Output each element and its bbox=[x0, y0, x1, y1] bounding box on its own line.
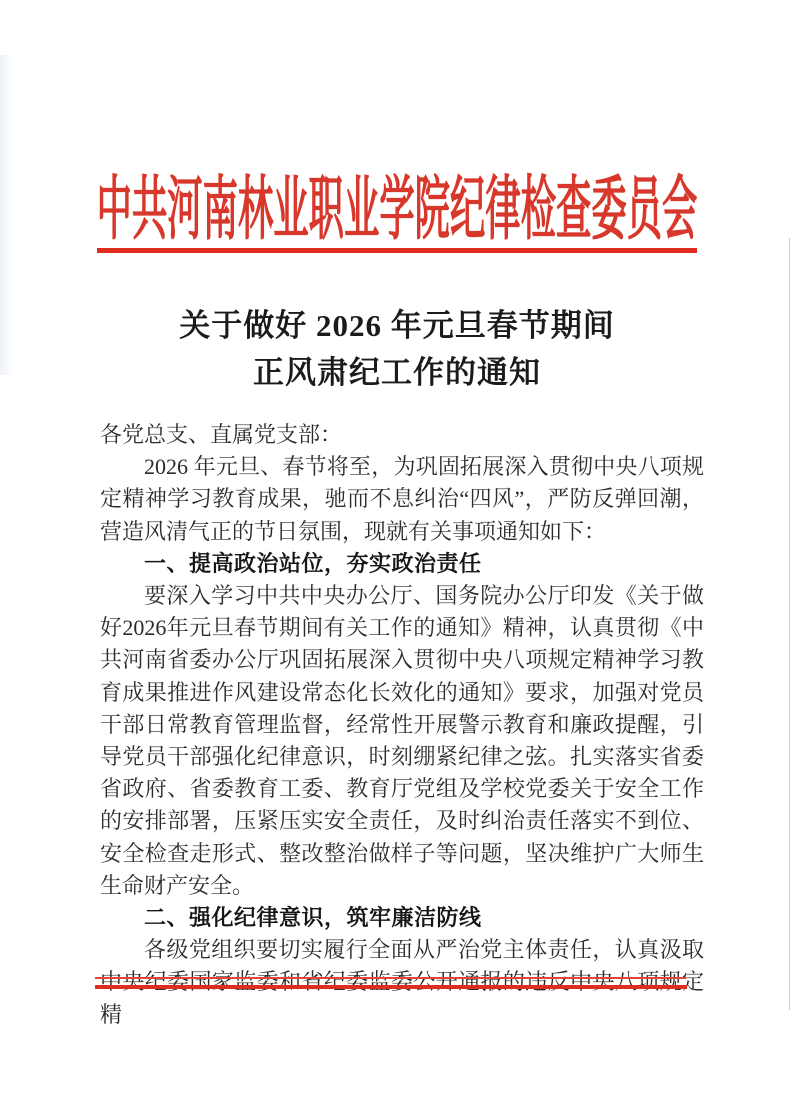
scan-edge-line bbox=[789, 238, 790, 1010]
document-title-line1: 关于做好 2026 年元旦春节期间 bbox=[47, 302, 747, 349]
document-title: 关于做好 2026 年元旦春节期间 正风肃纪工作的通知 bbox=[47, 302, 747, 396]
paragraph-intro: 2026 年元旦、春节将至，为巩固拓展深入贯彻中央八项规定精神学习教育成果，驰而… bbox=[100, 451, 704, 548]
document-body: 各党总支、直属党支部： 2026 年元旦、春节将至，为巩固拓展深入贯彻中央八项规… bbox=[100, 419, 704, 1031]
paragraph-section-1: 要深入学习中共中央办公厅、国务院办公厅印发《关于做好2026年元旦春节期间有关工… bbox=[100, 580, 704, 902]
letterhead-org-name: 中共河南林业职业学院纪律检查委员会 bbox=[97, 152, 698, 252]
letterhead-rule bbox=[97, 248, 697, 253]
document-title-line2: 正风肃纪工作的通知 bbox=[47, 349, 747, 396]
section-heading-1: 一、提高政治站位，夯实政治责任 bbox=[100, 548, 704, 580]
document-page: 中共河南林业职业学院纪律检查委员会 关于做好 2026 年元旦春节期间 正风肃纪… bbox=[0, 0, 794, 1108]
salutation: 各党总支、直属党支部： bbox=[100, 419, 704, 451]
bottom-rule-thick bbox=[95, 985, 687, 989]
letterhead: 中共河南林业职业学院纪律检查委员会 bbox=[97, 163, 697, 241]
paragraph-section-2: 各级党组织要切实履行全面从严治党主体责任，认真汲取中央纪委国家监委和省纪委监委公… bbox=[100, 934, 704, 1031]
bottom-rule-thin bbox=[95, 977, 686, 979]
scan-edge-tint bbox=[0, 55, 14, 375]
section-heading-2: 二、强化纪律意识，筑牢廉洁防线 bbox=[100, 902, 704, 934]
